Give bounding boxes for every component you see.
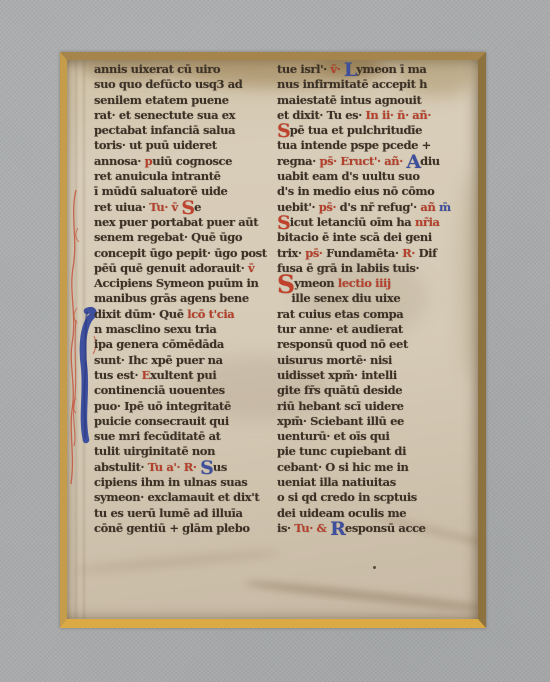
text-run: puicie consecrauit qui — [94, 414, 229, 428]
text-run: d's in medio eius nō cōmo — [277, 184, 434, 198]
text-run: pie tunc cupiebant di — [277, 444, 406, 458]
rubric-run: m̄ — [439, 200, 451, 214]
text-run: cebant· O si hic me in — [277, 460, 409, 474]
text-line: xpm̄· Sciebant illū ee — [277, 414, 477, 429]
text-run: tulit uirginitatē non — [94, 444, 215, 458]
rubric-run: ps̄· — [305, 246, 326, 260]
text-line: trix· ps̄· Fundamēta· R· Dif — [277, 246, 477, 261]
text-run: tu es uerū lumē ad illuīa — [94, 506, 243, 520]
text-line: uabit eam d's uultu suo — [277, 169, 477, 184]
text-line: bitacio ē inte scā dei geni — [277, 230, 477, 245]
crease-shadow — [245, 579, 478, 613]
text-line: cōnē gentiū + glām plebo — [94, 521, 272, 536]
rubric-run: lcō t'cia — [187, 307, 234, 321]
rubric-run: v̄· — [330, 62, 344, 76]
text-line: uisurus mortē· nisi — [277, 353, 477, 368]
text-line: tua intende pspe pcede + — [277, 138, 477, 153]
text-run: diu — [420, 154, 440, 168]
text-line: ret uiua· Tu· v̄ Se — [94, 200, 272, 215]
text-run: gite fr̄s quātū deside — [277, 383, 402, 397]
text-column-left: annis uixerat cū uirosuo quo defūcto usq… — [94, 62, 272, 536]
text-run: puo· Ipē uō integritatē — [94, 399, 231, 413]
text-run: pectabat infanciā salua — [94, 123, 235, 137]
text-run: annosa· — [94, 154, 145, 168]
text-run: sue mri fecūditatē at — [94, 429, 221, 443]
text-run: is· — [277, 521, 294, 535]
text-run: esponsū acce — [345, 521, 426, 535]
text-line: puo· Ipē uō integritatē — [94, 399, 272, 414]
text-line: Accipiens Symeon puūm in — [94, 276, 272, 291]
text-run: o si qd credo in scptuis — [277, 490, 417, 504]
text-run: cipiens ihm in ulnas suas — [94, 475, 247, 489]
text-line: sue mri fecūditatē at — [94, 429, 272, 444]
rubric-run: Tu· v̄ — [149, 200, 181, 214]
text-run: uabit eam d's uultu suo — [277, 169, 420, 183]
text-line: rat cuius etas compa — [277, 307, 477, 322]
text-line: puicie consecrauit qui — [94, 414, 272, 429]
rubric-run: v̄ — [248, 261, 254, 275]
text-run: responsū quod nō eet — [277, 337, 408, 351]
text-line: ueniat illa natiuitas — [277, 475, 477, 490]
text-line: annis uixerat cū uiro — [94, 62, 272, 77]
text-run: symeon· exclamauit et dix't — [94, 490, 259, 504]
text-line: toris· ut puū uideret — [94, 138, 272, 153]
text-run: nex puer portabat puer aūt — [94, 215, 258, 229]
text-run: regna· — [277, 154, 319, 168]
text-run: e — [194, 200, 201, 214]
text-line: tulit uirginitatē non — [94, 444, 272, 459]
text-run: d's nr̄ refug'· — [340, 200, 421, 214]
text-run: pē tua et pulchritudīe — [290, 123, 422, 137]
text-run: Dif — [419, 246, 437, 260]
text-line: d's in medio eius nō cōmo — [277, 184, 477, 199]
text-run: abstulit· — [94, 460, 148, 474]
text-run: nus infirmitatē accepit h — [277, 77, 427, 91]
rubric-run: In ii· n̄· añ· — [365, 108, 430, 122]
text-run: suo quo defūcto usq3 ad — [94, 77, 242, 91]
text-line: senem regebat· Quē ūgo — [94, 230, 272, 245]
text-run: ret uiua· — [94, 200, 149, 214]
text-run: ille senex diu uixe — [277, 291, 400, 305]
text-line: riū hebant scī uidere — [277, 399, 477, 414]
text-run: uiū cognosce — [152, 154, 232, 168]
rubric-run: ps̄· Eruct'· añ· — [319, 154, 406, 168]
text-line: fusa ē grā in labiis tuis· — [277, 261, 477, 276]
text-column-right: tue isrl'· v̄· Lymeon ī manus infirmitat… — [277, 62, 477, 536]
text-run: n masclino sexu tria — [94, 322, 216, 336]
text-line: abstulit· Tu a'· R· Sus — [94, 460, 272, 475]
text-line: cebant· O si hic me in — [277, 460, 477, 475]
manuscript-leaf: annis uixerat cū uirosuo quo defūcto usq… — [67, 60, 478, 619]
text-line: annosa· puiū cognosce — [94, 154, 272, 169]
text-run: concepit ūgo pepit· ūgo post — [94, 246, 267, 260]
text-line: tue isrl'· v̄· Lymeon ī ma — [277, 62, 477, 77]
text-run: senem regebat· Quē ūgo — [94, 230, 242, 244]
text-line: gite fr̄s quātū deside — [277, 383, 477, 398]
text-run: toris· ut puū uideret — [94, 138, 217, 152]
text-line: senilem etatem puene — [94, 93, 272, 108]
rubric-run: Tu a'· R· — [148, 460, 200, 474]
text-run: rat· et senectute sua ex — [94, 108, 235, 122]
text-run: xultent pui — [150, 368, 216, 382]
text-line: uidisset xpm̄· intelli — [277, 368, 477, 383]
text-line: sunt· Ihc xpē puer na — [94, 353, 272, 368]
text-run: uisurus mortē· nisi — [277, 353, 392, 367]
text-run: ymeon ī ma — [356, 62, 426, 76]
text-run: ret anuicula intrantē — [94, 169, 221, 183]
text-line: symeon· exclamauit et dix't — [94, 490, 272, 505]
rubric-run: R — [330, 518, 345, 540]
text-run: rat cuius etas compa — [277, 307, 403, 321]
text-line: is· Tu· & Responsū acce — [277, 521, 477, 536]
text-line: dei uideam oculis me — [277, 506, 477, 521]
text-run: us — [213, 460, 227, 474]
text-line: responsū quod nō eet — [277, 337, 477, 352]
text-line: ille senex diu uixe — [277, 291, 477, 306]
text-run: riū hebant scī uidere — [277, 399, 404, 413]
text-run: et dixit· Tu es· — [277, 108, 365, 122]
text-run: ipa genera cōmēdāda — [94, 337, 224, 351]
text-run: ueniat illa natiuitas — [277, 475, 396, 489]
text-run: pēū quē genuit adorauit· — [94, 261, 248, 275]
text-line: ipa genera cōmēdāda — [94, 337, 272, 352]
text-run: tue isrl'· — [277, 62, 330, 76]
text-line: cipiens ihm in ulnas suas — [94, 475, 272, 490]
rubric-run: Tu· & — [294, 521, 330, 535]
text-run: fusa ē grā in labiis tuis· — [277, 261, 419, 275]
rubric-run: añ — [420, 200, 439, 214]
text-line: concepit ūgo pepit· ūgo post — [94, 246, 272, 261]
text-line: tur anne· et audierat — [277, 322, 477, 337]
text-line: manibus grās agens bene — [94, 291, 272, 306]
crease-shadow — [75, 549, 280, 574]
text-run: xpm̄· Sciebant illū ee — [277, 414, 404, 428]
text-line: o si qd credo in scptuis — [277, 490, 477, 505]
rubric-run: lectio iiij — [338, 276, 391, 290]
text-run: Accipiens Symeon puūm in — [94, 276, 258, 290]
text-line: Sicut letanciū oīm ha nr̄ia — [277, 215, 477, 230]
text-line: Symeon lectio iiij — [277, 276, 477, 291]
text-line: uenturū· et oīs qui — [277, 429, 477, 444]
text-line: tu es uerū lumē ad illuīa — [94, 506, 272, 521]
text-line: dixit dūm· Quē lcō t'cia — [94, 307, 272, 322]
text-run: trix· — [277, 246, 305, 260]
text-run: Fundamēta· — [326, 246, 402, 260]
text-run: sunt· Ihc xpē puer na — [94, 353, 223, 367]
text-run: icut letanciū oīm ha — [290, 215, 415, 229]
text-line: continenciā uouentes — [94, 383, 272, 398]
rubric-run: nr̄ia — [415, 215, 440, 229]
text-run: uenturū· et oīs qui — [277, 429, 389, 443]
text-line: ret anuicula intrantē — [94, 169, 272, 184]
text-line: rat· et senectute sua ex — [94, 108, 272, 123]
text-line: nex puer portabat puer aūt — [94, 215, 272, 230]
text-run: bitacio ē inte scā dei geni — [277, 230, 432, 244]
text-run: uidisset xpm̄· intelli — [277, 368, 397, 382]
text-run: tus est· — [94, 368, 142, 382]
text-line: tus est· Exultent pui — [94, 368, 272, 383]
text-line: uebit'· ps̄· d's nr̄ refug'· añ m̄ — [277, 200, 477, 215]
text-run: cōnē gentiū + glām plebo — [94, 521, 250, 535]
rubric-run: E — [142, 368, 150, 382]
text-line: regna· ps̄· Eruct'· añ· Adiu — [277, 154, 477, 169]
text-run: ymeon — [294, 276, 338, 290]
text-line: Spē tua et pulchritudīe — [277, 123, 477, 138]
text-run: continenciā uouentes — [94, 383, 225, 397]
rubric-run: R· — [402, 246, 418, 260]
framed-manuscript-photo: annis uixerat cū uirosuo quo defūcto usq… — [0, 0, 550, 682]
text-line: et dixit· Tu es· In ii· n̄· añ· — [277, 108, 477, 123]
text-line: maiestatē intus agnouit — [277, 93, 477, 108]
gilt-mat-fillet: annis uixerat cū uirosuo quo defūcto usq… — [60, 52, 486, 628]
text-run: annis uixerat cū uiro — [94, 62, 220, 76]
text-line: pie tunc cupiebant di — [277, 444, 477, 459]
text-run: maiestatē intus agnouit — [277, 93, 421, 107]
text-run: senilem etatem puene — [94, 93, 229, 107]
text-run: ī mūdū saluatorē uide — [94, 184, 227, 198]
speck — [373, 566, 376, 569]
text-line: nus infirmitatē accepit h — [277, 77, 477, 92]
text-line: pēū quē genuit adorauit· v̄ — [94, 261, 272, 276]
text-line: n masclino sexu tria — [94, 322, 272, 337]
text-run: manibus grās agens bene — [94, 291, 249, 305]
text-run: tur anne· et audierat — [277, 322, 403, 336]
text-run: dixit dūm· Quē — [94, 307, 187, 321]
text-line: suo quo defūcto usq3 ad — [94, 77, 272, 92]
rubric-run: ps̄· — [319, 200, 340, 214]
text-line: pectabat infanciā salua — [94, 123, 272, 138]
